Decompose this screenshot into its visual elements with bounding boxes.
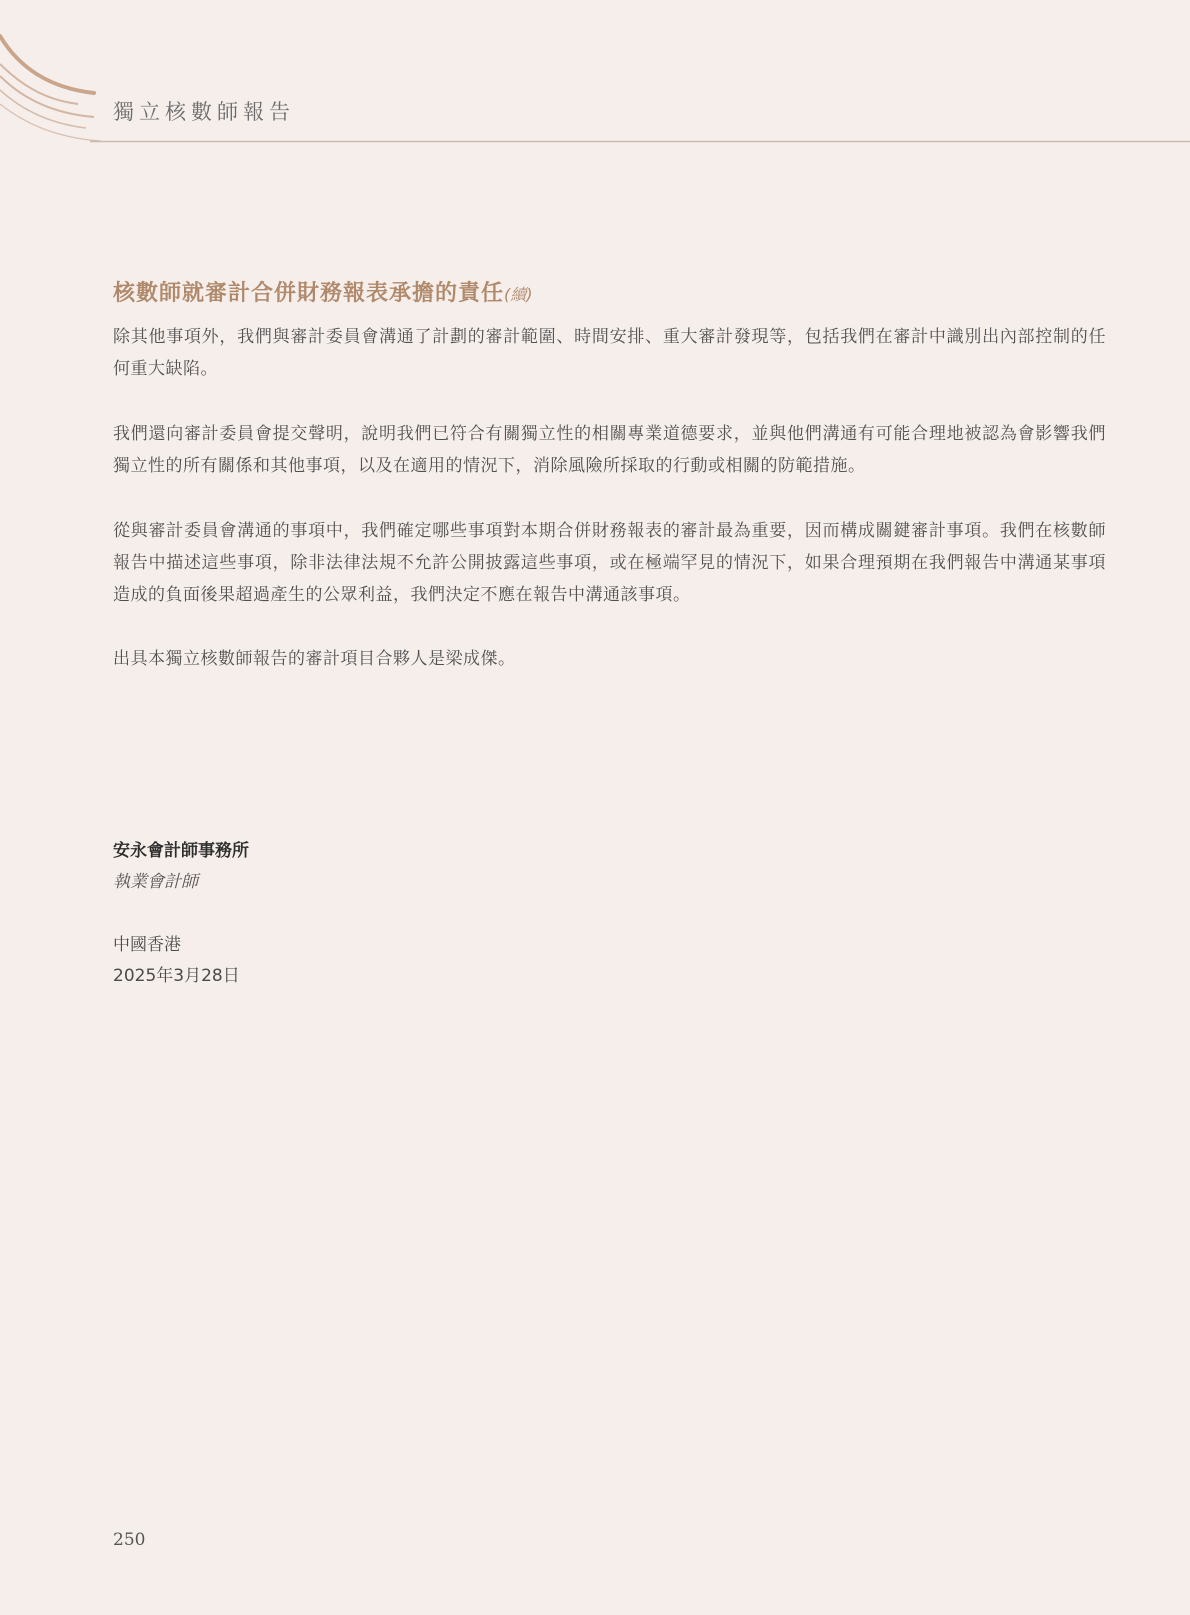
signature-block: 安永會計師事務所 執業會計師 中國香港 2025年3月28日 [113, 836, 249, 992]
paragraph-3: 從與審計委員會溝通的事項中，我們確定哪些事項對本期合併財務報表的審計最為重要，因… [113, 515, 1106, 611]
signature-location: 中國香港 [113, 930, 249, 961]
paragraph-2: 我們還向審計委員會提交聲明，說明我們已符合有關獨立性的相關專業道德要求，並與他們… [113, 418, 1106, 482]
signature-date: 2025年3月28日 [113, 961, 249, 992]
paragraph-4: 出具本獨立核數師報告的審計項目合夥人是梁成傑。 [113, 643, 1106, 675]
page-number: 250 [113, 1530, 145, 1550]
firm-role: 執業會計師 [113, 867, 249, 898]
section-heading-text: 核數師就審計合併財務報表承擔的責任 [113, 281, 504, 306]
decorative-arcs-icon [0, 0, 1190, 150]
firm-name: 安永會計師事務所 [113, 836, 249, 867]
paragraph-1: 除其他事項外，我們與審計委員會溝通了計劃的審計範圍、時間安排、重大審計發現等，包… [113, 321, 1106, 385]
running-header-title: 獨立核數師報告 [113, 96, 295, 126]
section-heading: 核數師就審計合併財務報表承擔的責任(續) [113, 276, 533, 307]
continued-label: (續) [504, 285, 533, 304]
spacer [113, 898, 249, 930]
